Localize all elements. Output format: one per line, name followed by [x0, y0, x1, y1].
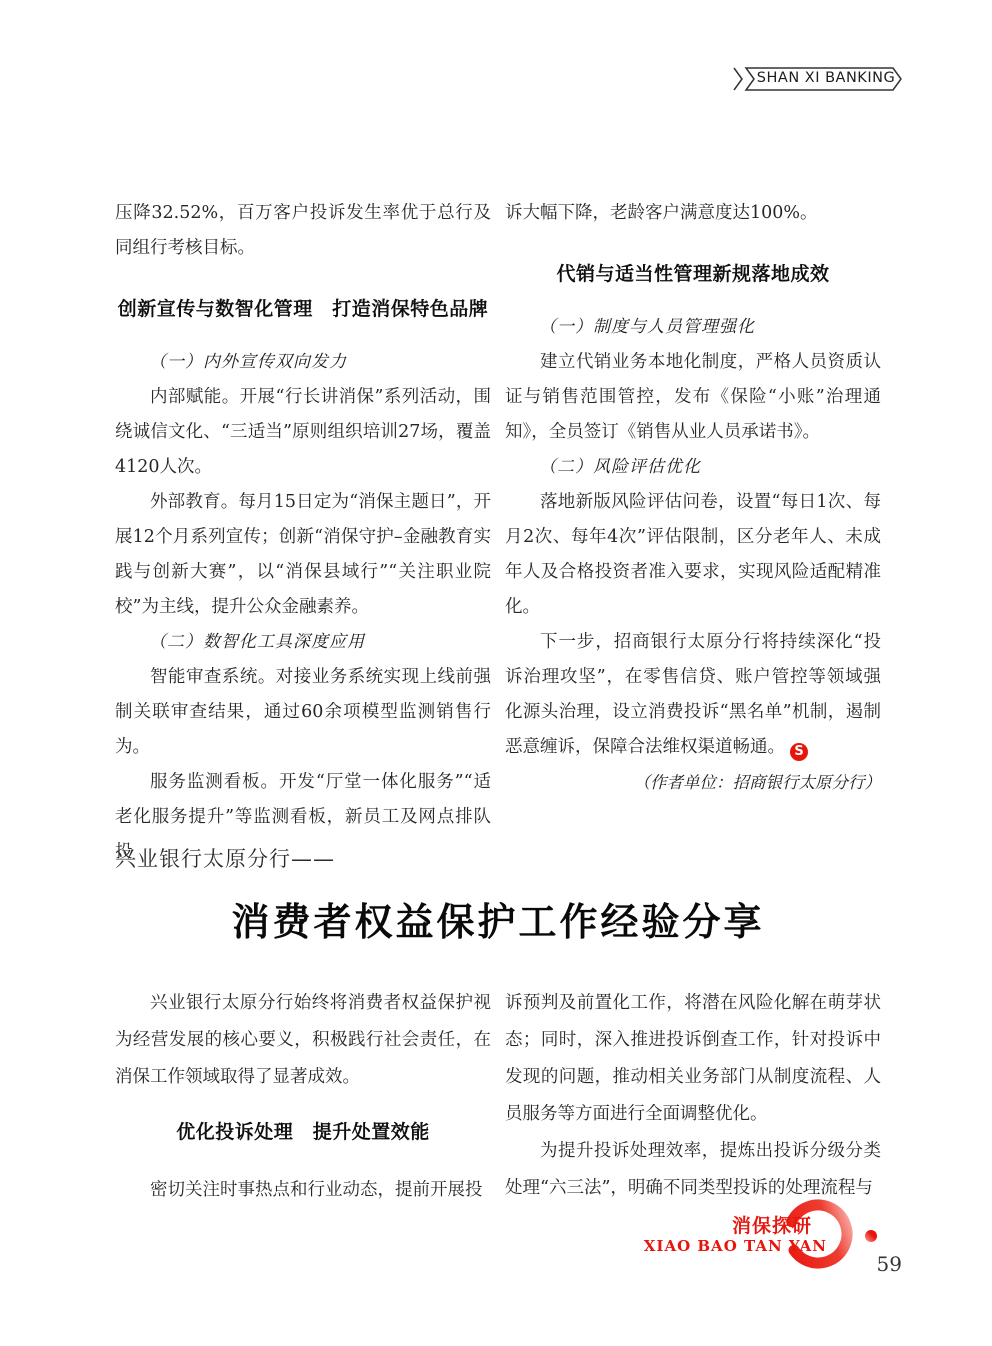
author-byline: （作者单位：招商银行太原分行） [505, 765, 881, 800]
magazine-page: SHAN XI BANKING 压降32.52%，百万客户投诉发生率优于总行及同… [0, 0, 992, 1346]
article-1: 压降32.52%，百万客户投诉发生率优于总行及同组行考核目标。 创新宣传与数智化… [115, 196, 881, 870]
paragraph: 密切关注时事热点和行业动态，提前开展投 [115, 1172, 491, 1209]
footer-column-title: 消保探研 [732, 1211, 812, 1238]
header-badge: SHAN XI BANKING [731, 64, 905, 94]
article-2-left-column: 兴业银行太原分行始终将消费者权益保护视为经营发展的核心要义，积极践行社会责任，在… [115, 985, 491, 1209]
article-1-right-column: 诉大幅下降，老龄客户满意度达100%。 代销与适当性管理新规落地成效 （一）制度… [505, 196, 881, 870]
article-2-title: 消费者权益保护工作经验分享 [115, 891, 881, 946]
sub-heading: （二）数智化工具深度应用 [115, 625, 491, 660]
footer-column-subtitle: XIAO BAO TAN YAN [644, 1237, 827, 1255]
paragraph: 外部教育。每月15日定为“消保主题日”，开展12个月系列宣传；创新“消保守护–金… [115, 485, 491, 625]
paragraph-text: 下一步，招商银行太原分行将持续深化“投诉治理攻坚”，在零售信贷、账户管控等领域强… [505, 632, 881, 757]
article-2-kicker: 兴业银行太原分行—— [115, 843, 335, 873]
section-heading: 创新宣传与数智化管理 打造消保特色品牌 [115, 297, 491, 321]
paragraph: 内部赋能。开展“行长讲消保”系列活动，围绕诚信文化、“三适当”原则组织培训27场… [115, 380, 491, 485]
article-end-icon: S [790, 743, 808, 761]
page-number: 59 [877, 1252, 902, 1276]
article-2-right-column: 诉预判及前置化工作，将潜在风险化解在萌芽状态；同时，深入推进投诉倒查工作，针对投… [505, 985, 881, 1209]
paragraph: 落地新版风险评估问卷，设置“每日1次、每月2次、每年4次”评估限制，区分老年人、… [505, 485, 881, 625]
paragraph: 诉预判及前置化工作，将潜在风险化解在萌芽状态；同时，深入推进投诉倒查工作，针对投… [505, 985, 881, 1133]
paragraph: 下一步，招商银行太原分行将持续深化“投诉治理攻坚”，在零售信贷、账户管控等领域强… [505, 625, 881, 765]
paragraph: 为提升投诉处理效率，提炼出投诉分级分类处理“六三法”，明确不同类型投诉的处理流程… [505, 1133, 881, 1207]
article-1-left-column: 压降32.52%，百万客户投诉发生率优于总行及同组行考核目标。 创新宣传与数智化… [115, 196, 491, 870]
sub-heading: （二）风险评估优化 [505, 450, 881, 485]
paragraph: 压降32.52%，百万客户投诉发生率优于总行及同组行考核目标。 [115, 196, 491, 266]
section-heading: 代销与适当性管理新规落地成效 [505, 262, 881, 286]
header-badge-text: SHAN XI BANKING [755, 70, 897, 86]
footer-dot-icon [865, 1230, 877, 1242]
paragraph: 诉大幅下降，老龄客户满意度达100%。 [505, 196, 881, 231]
sub-heading: （一）内外宣传双向发力 [115, 345, 491, 380]
article-2: 兴业银行太原分行始终将消费者权益保护视为经营发展的核心要义，积极践行社会责任，在… [115, 985, 881, 1209]
paragraph: 建立代销业务本地化制度，严格人员资质认证与销售范围管控，发布《保险“小账”治理通… [505, 345, 881, 450]
paragraph: 智能审查系统。对接业务系统实现上线前强制关联审查结果，通过60余项模型监测销售行… [115, 660, 491, 765]
section-heading: 优化投诉处理 提升处置效能 [115, 1120, 491, 1144]
paragraph: 兴业银行太原分行始终将消费者权益保护视为经营发展的核心要义，积极践行社会责任，在… [115, 985, 491, 1096]
sub-heading: （一）制度与人员管理强化 [505, 310, 881, 345]
